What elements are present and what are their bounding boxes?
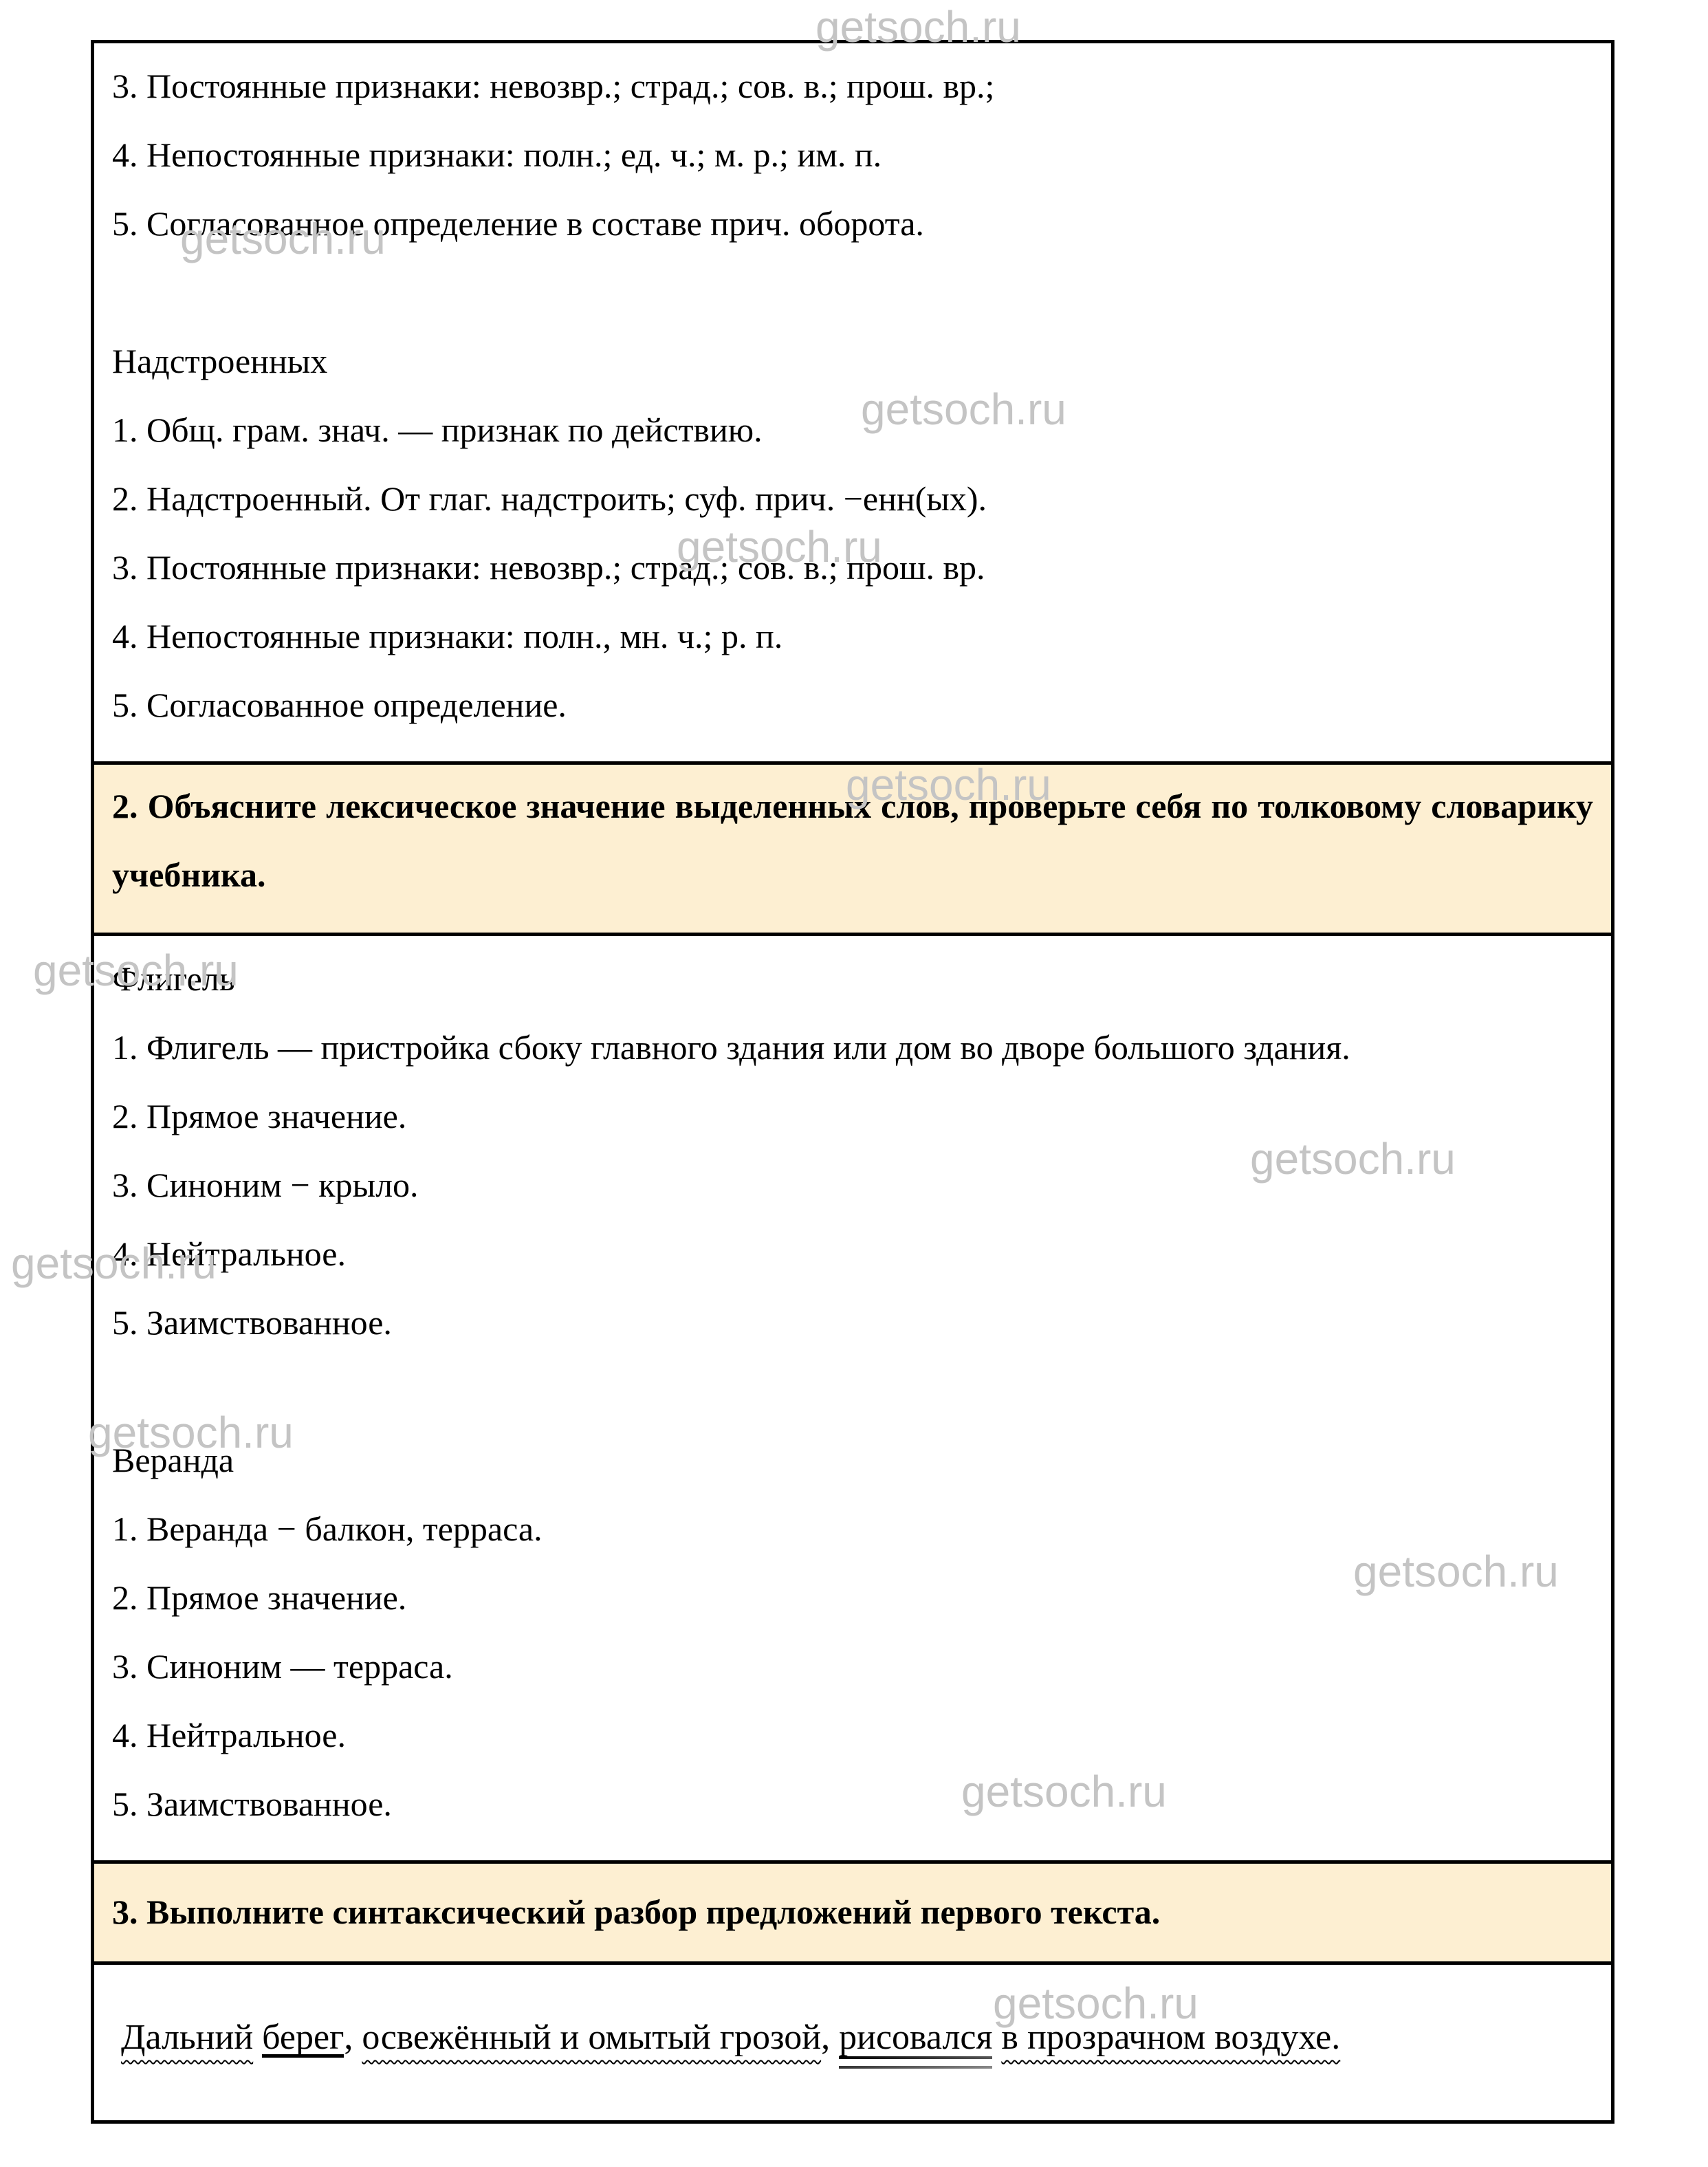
task3-title: 3. Выполните синтаксический разбор предл… [112,1877,1593,1946]
text-line: 1. Общ. грам. знач. — признак по действи… [112,409,763,450]
space [992,2014,1001,2062]
text-line: 5. Заимствованное. [112,1783,392,1825]
task2-header: 2. Объясните лексическое значение выделе… [94,761,1611,936]
word-heading: Флигель [112,958,235,999]
task2-title: 2. Объясните лексическое значение выделе… [112,772,1593,909]
text-line: 2. Прямое значение. [112,1096,406,1137]
text-line: 3. Постоянные признаки: невозвр.; страд.… [112,547,985,588]
space [830,2014,839,2062]
task2-body: Флигель 1. Флигель — пристройка сбоку гл… [94,936,1611,1862]
text-line: 2. Прямое значение. [112,1577,406,1618]
attribute-word: Дальний [121,2014,253,2062]
text-line: 4. Непостоянные признаки: полн., мн. ч.;… [112,616,782,657]
space [353,2014,362,2062]
text-line: 3. Синоним − крыло. [112,1164,419,1206]
text-line: 4. Непостоянные признаки: полн.; ед. ч.;… [112,134,882,175]
text-line: 3. Постоянные признаки: невозвр.; страд.… [112,65,994,107]
answer-table: 3. Постоянные признаки: невозвр.; страд.… [91,40,1614,2124]
comma: , [821,2014,830,2062]
text-line: 5. Заимствованное. [112,1302,392,1343]
participial-phrase: освежённый и омытый грозой [362,2014,821,2062]
comma: , [344,2014,353,2062]
text-line: 3. Синоним — терраса. [112,1646,453,1687]
predicate-word: рисовался [839,2014,992,2062]
section-participles: 3. Постоянные признаки: невозвр.; страд.… [94,43,1611,764]
word-heading: Надстроенных [112,340,327,382]
text-line: 2. Надстроенный. От глаг. надстроить; су… [112,478,987,519]
space [253,2014,262,2062]
word-heading: Веранда [112,1439,234,1481]
text-line: 1. Флигель — пристройка сбоку главного з… [112,1027,1350,1068]
adverbial-phrase: в прозрачном воздухе. [1001,2014,1340,2062]
task3-header: 3. Выполните синтаксический разбор предл… [94,1860,1611,1965]
parsed-sentence: Дальний берег, освежённый и омытый грозо… [121,2014,1340,2062]
text-line: 5. Согласованное определение в составе п… [112,203,924,244]
subject-word: берег [262,2014,344,2062]
text-line: 4. Нейтральное. [112,1233,346,1274]
text-line: 1. Веранда − балкон, терраса. [112,1508,543,1549]
text-line: 4. Нейтральное. [112,1714,346,1756]
text-line: 5. Согласованное определение. [112,684,567,726]
